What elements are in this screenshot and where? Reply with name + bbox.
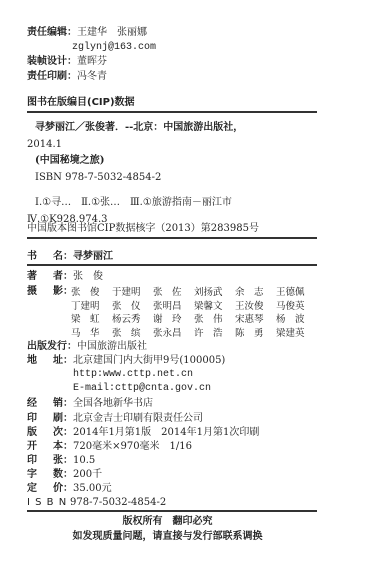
photographers-row: 丁建明张 仪张明昌梁馨文王汝俊马俊英	[71, 300, 317, 314]
address-line: 地址：北京建国门内大街甲9号(100005)	[27, 355, 225, 367]
photographers-row: 马 华张 缤张永昌许 浩陈 勇梁建英	[71, 327, 317, 341]
photographer: 刘扬武	[194, 286, 235, 300]
design-label: 装帧设计：	[27, 56, 77, 67]
photographer: 张永昌	[153, 327, 194, 341]
editors-label: 责任编辑：	[27, 27, 77, 38]
cip-heading-rule	[27, 111, 317, 113]
publisher-label: 出版发行：	[27, 341, 77, 352]
title-line: 书名：寻梦丽江	[27, 251, 113, 263]
photographer: 丁建明	[71, 300, 112, 314]
price-label: 定价：	[27, 483, 73, 495]
book-title: 寻梦丽江	[73, 251, 113, 262]
email-link[interactable]: E-mail:cttp@cnta.gov.cn	[73, 383, 211, 395]
edition-label: 版次：	[27, 427, 73, 439]
printing-label: 印刷：	[27, 413, 73, 425]
publisher-value: 中国旅游出版社	[77, 341, 147, 352]
photographer: 许 浩	[194, 327, 235, 341]
words-value: 200千	[73, 469, 102, 480]
photographer: 梁 虹	[71, 313, 112, 327]
cip-core-number: 中国版本图书馆CIP数据核字（2013）第283985号	[27, 223, 259, 235]
print-responsible-label: 责任印刷：	[27, 71, 77, 82]
printing-value: 北京金吉士印刷有限责任公司	[73, 413, 203, 424]
copyright-notice: 版权所有 翻印必究	[0, 516, 355, 528]
photographer: 张 佐	[153, 286, 194, 300]
cip-heading: 图书在版编目(CIP)数据	[27, 97, 135, 109]
cip-line-3: (中国秘境之旅)	[35, 155, 104, 167]
photographer: 宋惠琴	[235, 313, 276, 327]
editors-value: 王建华 张丽娜	[77, 27, 147, 38]
author-line: 著者：张 俊	[27, 271, 103, 283]
distributor-line: 经销：全国各地新华书店	[27, 398, 153, 410]
price-value: 35.00元	[73, 483, 112, 494]
isbn-value: 978-7-5032-4854-2	[70, 497, 166, 508]
edition-line: 版次：2014年1月第1版 2014年1月第1次印刷	[27, 427, 259, 439]
address-value: 北京建国门内大街甲9号(100005)	[73, 355, 225, 366]
print-responsible-line: 责任印刷：冯冬青	[27, 71, 107, 83]
photographer: 王德佩	[276, 286, 317, 300]
address-label: 地址：	[27, 355, 73, 367]
printing-line: 印刷：北京金吉士印刷有限责任公司	[27, 413, 203, 425]
photographer: 张 缤	[112, 327, 153, 341]
quality-notice: 如发现质量问题，请直接与发行部联系调换	[0, 531, 355, 543]
editor-email: zglynj@163.com	[72, 42, 156, 54]
isbn-rule	[27, 510, 317, 512]
photographer: 谢 玲	[153, 313, 194, 327]
photographer: 梁建英	[276, 327, 317, 341]
editors-line: 责任编辑：王建华 张丽娜	[27, 27, 147, 39]
publisher-line: 出版发行：中国旅游出版社	[27, 341, 147, 353]
photographer: 余 志	[235, 286, 276, 300]
isbn-label: I S B N	[27, 497, 70, 509]
author-label: 著者：	[27, 271, 73, 283]
distributor-label: 经销：	[27, 398, 73, 410]
photographers-row: 梁 虹杨云秀谢 玲张 伟宋惠琴杨 波	[71, 313, 317, 327]
photographers-label: 摄影：	[27, 286, 73, 298]
format-line: 开本：720毫米×970毫米 1/16	[27, 441, 192, 453]
photographer: 陈 勇	[235, 327, 276, 341]
title-rule	[27, 264, 317, 266]
print-responsible-value: 冯冬青	[77, 71, 107, 82]
sheets-value: 10.5	[73, 455, 95, 466]
photographer: 王汝俊	[235, 300, 276, 314]
photographer: 张明昌	[153, 300, 194, 314]
website-link[interactable]: http:www.cttp.net.cn	[73, 369, 193, 381]
sheets-line: 印张：10.5	[27, 455, 95, 467]
photographer: 杨云秀	[112, 313, 153, 327]
title-label: 书名：	[27, 251, 73, 263]
design-value: 董晖芬	[77, 56, 107, 67]
photographer: 于建明	[112, 286, 153, 300]
isbn-line: I S B N978-7-5032-4854-2	[27, 497, 166, 509]
format-value: 720毫米×970毫米 1/16	[73, 441, 192, 452]
author-value: 张 俊	[73, 271, 103, 282]
photographer: 马 华	[71, 327, 112, 341]
design-line: 装帧设计：董晖芬	[27, 56, 107, 68]
photographers-grid: 张 俊于建明张 佐刘扬武余 志王德佩 丁建明张 仪张明昌梁馨文王汝俊马俊英 梁 …	[71, 286, 317, 340]
distributor-value: 全国各地新华书店	[73, 398, 153, 409]
cip-line-1: 寻梦丽江／张俊著．--北京：中国旅游出版社，	[35, 122, 243, 134]
photographers-row: 张 俊于建明张 佐刘扬武余 志王德佩	[71, 286, 317, 300]
photographer: 马俊英	[276, 300, 317, 314]
cip-isbn: ISBN 978-7-5032-4854-2	[35, 172, 161, 184]
photographer: 杨 波	[276, 313, 317, 327]
photographers-label-line: 摄影：	[27, 286, 73, 298]
price-line: 定价：35.00元	[27, 483, 112, 495]
format-label: 开本：	[27, 441, 73, 453]
photographer: 张 仪	[112, 300, 153, 314]
photographer: 梁馨文	[194, 300, 235, 314]
words-line: 字数：200千	[27, 469, 102, 481]
edition-value: 2014年1月第1版 2014年1月第1次印刷	[73, 427, 259, 438]
cip-classification: Ⅰ.①寻… Ⅱ.①张… Ⅲ.①旅游指南－丽江市	[35, 197, 232, 209]
photographer: 张 俊	[71, 286, 112, 300]
words-label: 字数：	[27, 469, 73, 481]
sheets-label: 印张：	[27, 455, 73, 467]
core-number-rule	[27, 237, 317, 239]
photographer: 张 伟	[194, 313, 235, 327]
cip-line-2: 2014.1	[27, 139, 62, 151]
